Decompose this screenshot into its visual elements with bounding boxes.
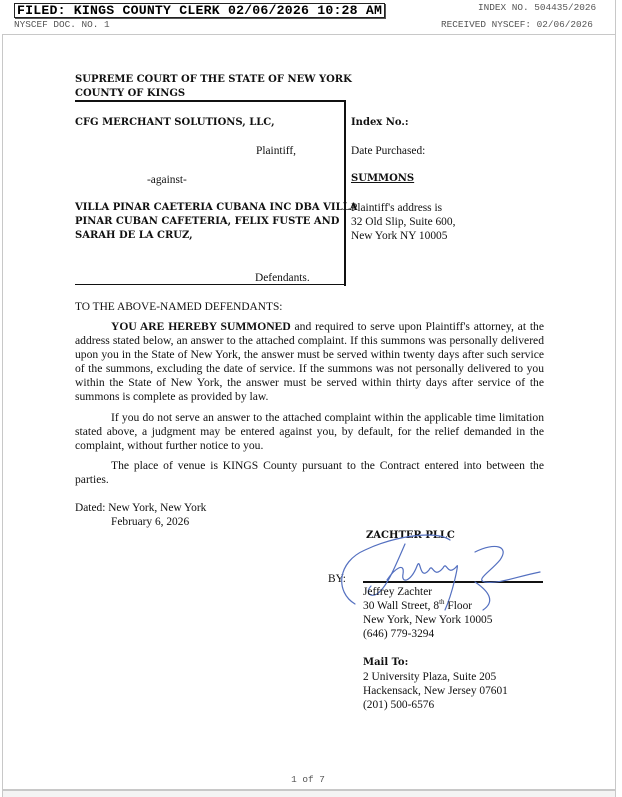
attorney-address-street: 30 Wall Street, 8th Floor (363, 599, 472, 613)
document-title: SUMMONS (351, 172, 414, 186)
defendants-label: Defendants. (255, 271, 310, 285)
against-label: -against- (147, 173, 187, 187)
mail-phone: (201) 500-6576 (363, 698, 434, 712)
dated-date: February 6, 2026 (111, 515, 189, 529)
attorney-address-city: New York, New York 10005 (363, 613, 492, 627)
signature-line (363, 581, 543, 583)
summons-bold-lead: YOU ARE HEREBY SUMMONED (111, 320, 291, 333)
salutation: TO THE ABOVE-NAMED DEFENDANTS: (75, 300, 282, 314)
venue-paragraph: The place of venue is KINGS County pursu… (75, 459, 544, 487)
page-indicator: 1 of 7 (0, 774, 616, 785)
received-date: RECEIVED NYSCEF: 02/06/2026 (441, 19, 593, 30)
law-firm-name: ZACHTER PLLC (366, 529, 455, 543)
date-purchased-label: Date Purchased: (351, 144, 425, 158)
index-number: INDEX NO. 504435/2026 (478, 2, 596, 13)
attorney-phone: (646) 779-3294 (363, 627, 434, 641)
court-county: COUNTY OF KINGS (75, 87, 185, 101)
plaintiff-address-street: 32 Old Slip, Suite 600, (351, 215, 455, 229)
street-text: 30 Wall Street, 8 (363, 600, 439, 612)
attorney-name: Jeffrey Zachter (363, 585, 432, 599)
plaintiff-label: Plaintiff, (256, 144, 296, 158)
defendants-names-line2: PINAR CUBAN CAFETERIA, FELIX FUSTE AND (75, 215, 339, 229)
defendants-names-line1: VILLA PINAR CAETERIA CUBANA INC DBA VILL… (75, 201, 357, 215)
next-page-edge[interactable] (2, 790, 615, 797)
plaintiff-address-city: New York NY 10005 (351, 229, 447, 243)
mail-address-street: 2 University Plaza, Suite 205 (363, 670, 496, 684)
filed-stamp: FILED: KINGS COUNTY CLERK 02/06/2026 10:… (14, 3, 385, 18)
dated-location: Dated: New York, New York (75, 501, 206, 515)
by-label: BY: (328, 572, 346, 586)
plaintiff-name: CFG MERCHANT SOLUTIONS, LLC, (75, 116, 275, 130)
default-judgment-paragraph: If you do not serve an answer to the att… (75, 411, 544, 453)
caption-top-rule (75, 100, 346, 102)
mail-to-label: Mail To: (363, 656, 408, 670)
page-border (615, 0, 616, 797)
plaintiff-address-label: Plaintiff's address is (351, 201, 442, 215)
index-no-label: Index No.: (351, 116, 409, 130)
mail-address-city: Hackensack, New Jersey 07601 (363, 684, 508, 698)
summons-paragraph: YOU ARE HEREBY SUMMONED and required to … (75, 320, 544, 404)
caption-vertical-rule (344, 100, 346, 286)
floor-text: Floor (445, 600, 473, 612)
court-name: SUPREME COURT OF THE STATE OF NEW YORK (75, 73, 352, 87)
defendants-names-line3: SARAH DE LA CRUZ, (75, 229, 193, 243)
nyscef-doc-number: NYSCEF DOC. NO. 1 (14, 19, 110, 30)
